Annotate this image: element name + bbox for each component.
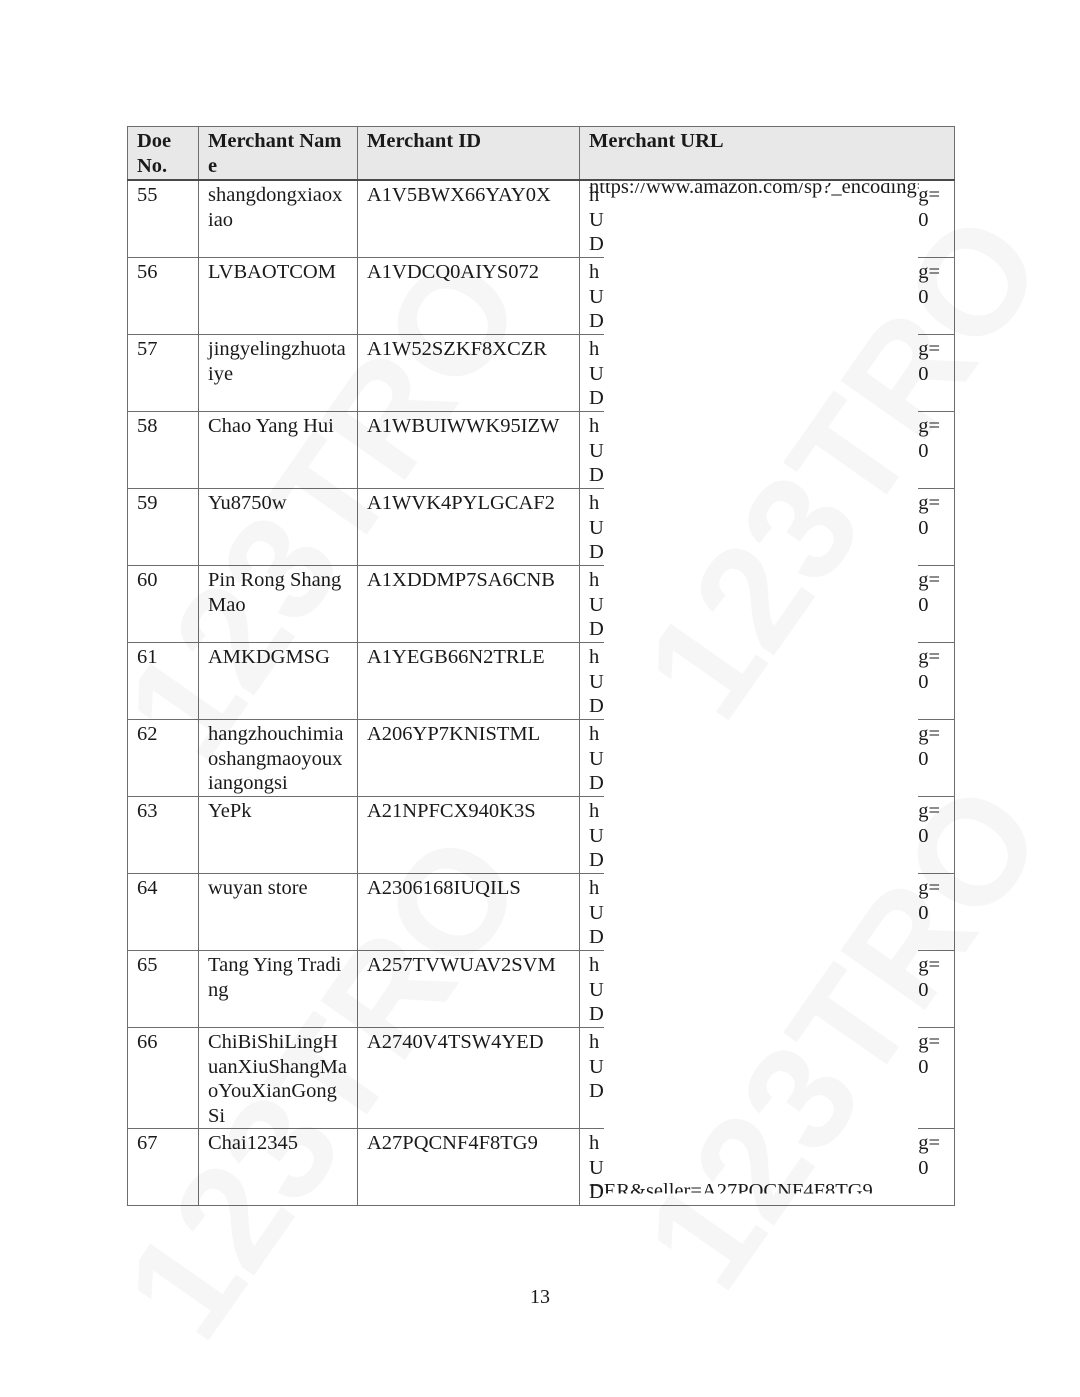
cell-doe-no: 59 [128,489,199,566]
cell-doe-no: 63 [128,797,199,874]
cell-merchant-id: A257TVWUAV2SVM [358,951,580,1028]
cell-merchant-id: A1WBUIWWK95IZW [358,412,580,489]
cell-doe-no: 58 [128,412,199,489]
url-fragment-left: h U D [589,876,604,950]
cell-merchant-name: YePk [199,797,358,874]
redaction-overlay [604,190,918,1192]
url-fragment-right: g= 0 [918,260,940,309]
url-fragment-right: g= 0 [918,876,940,925]
cell-merchant-id: A27PQCNF4F8TG9 [358,1129,580,1206]
url-fragment-right: g= 0 [918,1030,940,1079]
cell-merchant-id: A2306168IUQILS [358,874,580,951]
cell-doe-no: 62 [128,720,199,797]
cell-merchant-name: shangdongxiaoxiao [199,180,358,258]
url-fragment-left: h U D [589,953,604,1027]
cell-merchant-id: A1XDDMP7SA6CNB [358,566,580,643]
url-fragment-left: h U D [589,491,604,565]
cell-merchant-name: wuyan store [199,874,358,951]
url-fragment-right: g= 0 [918,645,940,694]
url-fragment-right: g= 0 [918,953,940,1002]
cell-merchant-id: A1YEGB66N2TRLE [358,643,580,720]
header-merchant-url: Merchant URL [580,127,955,181]
url-fragment-right: g= 0 [918,337,940,386]
url-partial-bottom-line: DER&seller=A27PQCNF4F8TG9 [589,1179,889,1204]
page-number: 13 [0,1286,1080,1309]
cell-merchant-id: A2740V4TSW4YED [358,1028,580,1129]
url-fragment-left: h U D [589,1030,604,1104]
url-fragment-right: g= 0 [918,183,940,232]
cell-doe-no: 57 [128,335,199,412]
cell-doe-no: 60 [128,566,199,643]
cell-doe-no: 55 [128,180,199,258]
cell-merchant-id: A21NPFCX940K3S [358,797,580,874]
cell-merchant-name: jingyelingzhuotaiye [199,335,358,412]
cell-merchant-id: A1W52SZKF8XCZR [358,335,580,412]
url-fragment-right: g= 0 [918,1131,940,1180]
cell-merchant-name: ChiBiShiLingHuanXiuShangMaoYouXianGongSi [199,1028,358,1129]
cell-merchant-name: Pin Rong Shang Mao [199,566,358,643]
url-fragment-left: h U D [589,414,604,488]
cell-merchant-id: A1V5BWX66YAY0X [358,180,580,258]
cell-merchant-id: A1VDCQ0AIYS072 [358,258,580,335]
cell-doe-no: 61 [128,643,199,720]
header-merchant-name: Merchant Name [199,127,358,181]
cell-merchant-name: Yu8750w [199,489,358,566]
cell-merchant-name: Tang Ying Trading [199,951,358,1028]
cell-merchant-name: Chao Yang Hui [199,412,358,489]
url-fragment-left: h U D [589,568,604,642]
cell-merchant-id: A1WVK4PYLGCAF2 [358,489,580,566]
cell-doe-no: 64 [128,874,199,951]
cell-merchant-name: hangzhouchimiaoshangmaoyouxiangongsi [199,720,358,797]
cell-merchant-name: AMKDGMSG [199,643,358,720]
cell-merchant-name: LVBAOTCOM [199,258,358,335]
url-fragment-right: g= 0 [918,414,940,463]
cell-doe-no: 67 [128,1129,199,1206]
url-fragment-right: g= 0 [918,799,940,848]
url-fragment-right: g= 0 [918,568,940,617]
url-fragment-right: g= 0 [918,722,940,771]
url-partial-top-line: https://www.amazon.com/sp?_encoding= [589,180,919,200]
cell-doe-no: 65 [128,951,199,1028]
cell-merchant-name: Chai12345 [199,1129,358,1206]
url-fragment-left: h U D [589,645,604,719]
url-fragment-left: h U D [589,799,604,873]
cell-merchant-id: A206YP7KNISTML [358,720,580,797]
url-fragment-left: h U D [589,337,604,411]
header-doe-no: Doe No. [128,127,199,181]
url-fragment-left: h U D [589,722,604,796]
header-merchant-id: Merchant ID [358,127,580,181]
cell-doe-no: 56 [128,258,199,335]
cell-doe-no: 66 [128,1028,199,1129]
url-fragment-right: g= 0 [918,491,940,540]
url-fragment-left: h U D [589,260,604,334]
table-header-row: Doe No. Merchant Name Merchant ID Mercha… [128,127,955,181]
